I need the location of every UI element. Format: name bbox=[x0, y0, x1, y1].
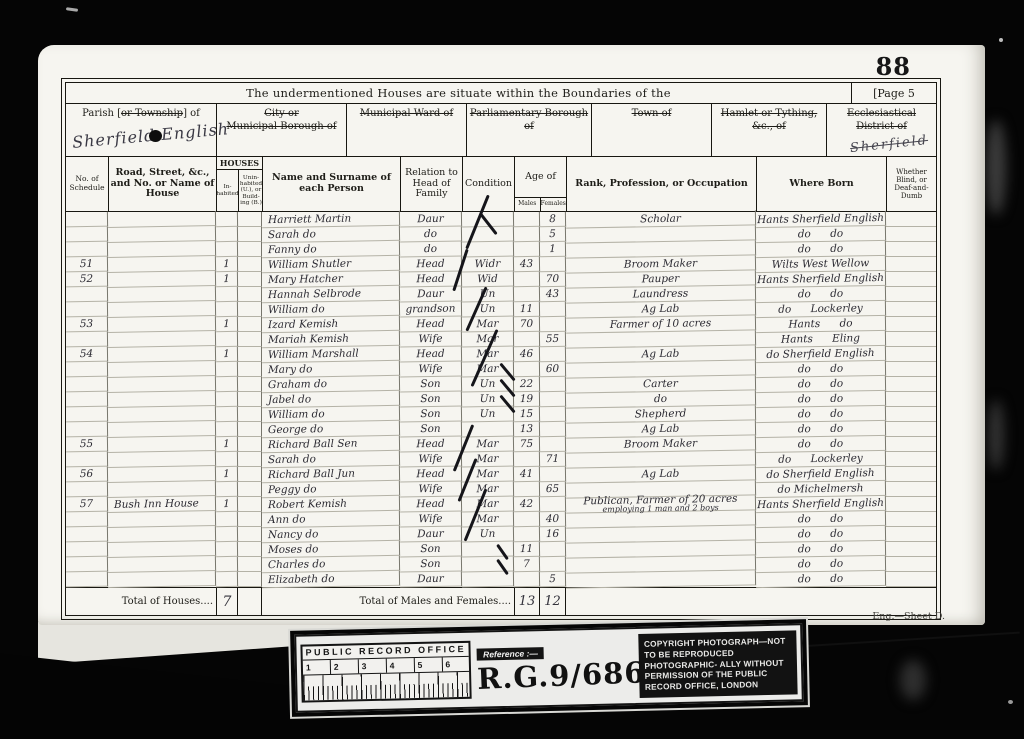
cell-inhabited bbox=[216, 557, 238, 572]
cell-age-female bbox=[540, 542, 566, 557]
cell-relation: Head bbox=[400, 316, 462, 332]
cell-inhabited bbox=[216, 452, 238, 467]
cell-schedule bbox=[66, 212, 108, 228]
totals-row: Total of Houses.... 7 Total of Males and… bbox=[66, 587, 936, 615]
cell-inhabited bbox=[216, 287, 238, 302]
total-females-value: 12 bbox=[540, 588, 566, 615]
sheet-note: Eng.—Sheet D. bbox=[872, 611, 945, 622]
col-header-schedule: No. of Schedule bbox=[66, 157, 108, 211]
cell-relation: Son bbox=[400, 556, 462, 572]
cell-inhabited: 1 bbox=[216, 467, 238, 482]
cell-age-male bbox=[514, 287, 540, 302]
ruler-number: 6 bbox=[442, 657, 469, 672]
cell-relation: Head bbox=[400, 256, 462, 272]
cell-age-male bbox=[514, 482, 540, 497]
cell-relation: Wife bbox=[400, 451, 462, 467]
col-header-age: Age of Males Females bbox=[514, 157, 566, 211]
cell-inhabited bbox=[216, 422, 238, 437]
cell-infirm bbox=[886, 467, 936, 482]
cell-age-male: 43 bbox=[514, 257, 540, 272]
film-smudge bbox=[986, 120, 1006, 215]
film-smudge bbox=[988, 400, 1004, 470]
cell-infirm bbox=[886, 437, 936, 452]
total-mf-label: Total of Males and Females.... bbox=[262, 588, 514, 615]
col-age-label: Age of bbox=[515, 157, 566, 197]
cell-infirm bbox=[886, 557, 936, 572]
cell-relation: do bbox=[400, 226, 462, 242]
ruler-ticks bbox=[303, 672, 470, 701]
cell-age-male bbox=[514, 272, 540, 287]
cell-infirm bbox=[886, 257, 936, 272]
cell-schedule: 52 bbox=[66, 272, 108, 288]
header-field-parish: Parish [or Township] of Sherfield Englis… bbox=[66, 104, 216, 156]
cell-uninhabited bbox=[238, 572, 262, 587]
cell-schedule bbox=[66, 287, 108, 303]
cell-schedule bbox=[66, 377, 108, 393]
col-header-condition: Condition bbox=[462, 157, 514, 211]
cell-inhabited bbox=[216, 362, 238, 377]
totals-gap bbox=[238, 588, 262, 615]
cell-infirm bbox=[886, 512, 936, 527]
cell-infirm bbox=[886, 452, 936, 467]
ruler-number: 2 bbox=[331, 659, 359, 674]
cell-age-male bbox=[514, 242, 540, 257]
cell-uninhabited bbox=[238, 227, 262, 242]
cell-uninhabited bbox=[238, 242, 262, 257]
cell-inhabited bbox=[216, 512, 238, 527]
parish-label-post: ] of bbox=[183, 108, 200, 119]
cell-schedule: 57 bbox=[66, 497, 108, 513]
cell-relation: Wife bbox=[400, 361, 462, 377]
town-label: Town of bbox=[632, 108, 672, 119]
cell-infirm bbox=[886, 332, 936, 347]
cell-uninhabited bbox=[238, 407, 262, 422]
cell-uninhabited bbox=[238, 362, 262, 377]
col-road-label: Road, Street, &c., and No. or Name of Ho… bbox=[109, 168, 216, 201]
cell-condition: Mar bbox=[462, 497, 514, 513]
form-title-row: The undermentioned Houses are situate wi… bbox=[66, 83, 936, 104]
ruler-number: 3 bbox=[359, 659, 387, 674]
cell-schedule bbox=[66, 242, 108, 258]
cell-age-female: 71 bbox=[540, 452, 566, 467]
reference-label: Reference :— bbox=[477, 647, 544, 661]
cell-inhabited bbox=[216, 392, 238, 407]
cell-infirm bbox=[886, 272, 936, 287]
col-schedule-line2: Schedule bbox=[69, 184, 104, 193]
cell-infirm bbox=[886, 377, 936, 392]
cell-age-male bbox=[514, 512, 540, 527]
parish-label-pre: Parish [ bbox=[82, 108, 121, 119]
cell-schedule bbox=[66, 527, 108, 543]
cell-schedule bbox=[66, 227, 108, 243]
cell-relation: Son bbox=[400, 406, 462, 422]
hamlet-label: Hamlet or Tything, &c., of bbox=[721, 108, 817, 132]
header-field-town: Town of bbox=[591, 104, 711, 156]
cell-uninhabited bbox=[238, 257, 262, 272]
cell-age-male: 42 bbox=[514, 497, 540, 512]
cell-relation: Daur bbox=[400, 211, 462, 227]
cell-schedule bbox=[66, 542, 108, 558]
pro-stamp: PUBLIC RECORD OFFICE 123456 Reference :—… bbox=[294, 623, 804, 713]
col-blind-label: Whether Blind, or Deaf-and-Dumb bbox=[887, 168, 936, 200]
cell-name: Elizabeth do bbox=[262, 571, 400, 588]
total-houses-value: 7 bbox=[216, 588, 238, 615]
cell-relation: Son bbox=[400, 376, 462, 392]
col-males-label: Males bbox=[515, 198, 541, 211]
city-label-2: Municipal Borough of bbox=[226, 121, 336, 132]
film-speck bbox=[66, 7, 78, 12]
cell-schedule: 54 bbox=[66, 347, 108, 363]
header-field-parl-borough: Parliamentary Borough of bbox=[466, 104, 591, 156]
cell-inhabited bbox=[216, 242, 238, 257]
ruler-number: 5 bbox=[414, 657, 442, 672]
cell-age-male bbox=[514, 227, 540, 242]
cell-condition: Wid bbox=[462, 272, 514, 288]
cell-uninhabited bbox=[238, 452, 262, 467]
header-field-ward: Municipal Ward of bbox=[346, 104, 466, 156]
col-females-label: Females bbox=[541, 198, 566, 211]
cell-uninhabited bbox=[238, 302, 262, 317]
cell-inhabited bbox=[216, 527, 238, 542]
cell-born: do do bbox=[756, 571, 886, 588]
cell-infirm bbox=[886, 347, 936, 362]
cell-age-male: 41 bbox=[514, 467, 540, 482]
cell-age-male bbox=[514, 362, 540, 377]
cell-age-female: 60 bbox=[540, 362, 566, 377]
cell-inhabited bbox=[216, 227, 238, 242]
ward-label: Municipal Ward of bbox=[360, 108, 453, 119]
cell-inhabited bbox=[216, 377, 238, 392]
cell-schedule bbox=[66, 572, 108, 588]
cell-schedule: 51 bbox=[66, 257, 108, 273]
cell-inhabited bbox=[216, 212, 238, 227]
cell-age-female bbox=[540, 497, 566, 512]
cell-infirm bbox=[886, 287, 936, 302]
cell-infirm bbox=[886, 362, 936, 377]
cell-relation: Daur bbox=[400, 526, 462, 542]
cell-schedule bbox=[66, 452, 108, 468]
cell-age-female: 8 bbox=[540, 212, 566, 227]
cell-condition: Mar bbox=[462, 482, 514, 498]
cell-condition: Un bbox=[462, 302, 514, 318]
cell-relation: Head bbox=[400, 496, 462, 512]
cell-relation: Wife bbox=[400, 331, 462, 347]
cell-age-male: 19 bbox=[514, 392, 540, 407]
cell-infirm bbox=[886, 527, 936, 542]
ecclesiastical-value: Sherfield bbox=[849, 133, 929, 157]
cell-age-female bbox=[540, 302, 566, 317]
col-header-born: Where Born bbox=[756, 157, 886, 211]
ecclesiastical-label: Ecclesiastical District of bbox=[847, 108, 916, 132]
cell-age-female: 1 bbox=[540, 242, 566, 257]
cell-condition: Un bbox=[462, 407, 514, 423]
col-header-name: Name and Surname of each Person bbox=[262, 157, 400, 211]
cell-uninhabited bbox=[238, 527, 262, 542]
cell-infirm bbox=[886, 227, 936, 242]
cell-inhabited: 1 bbox=[216, 257, 238, 272]
cell-relation: Wife bbox=[400, 481, 462, 497]
cell-age-female bbox=[540, 407, 566, 422]
cell-age-male bbox=[514, 572, 540, 587]
cell-age-male: 13 bbox=[514, 422, 540, 437]
parl-borough-label: Parliamentary Borough of bbox=[470, 108, 588, 132]
city-label: City or bbox=[264, 108, 299, 119]
cell-uninhabited bbox=[238, 542, 262, 557]
col-header-houses: HOUSES In-habited Unin-habited (U.), or … bbox=[216, 157, 262, 211]
cell-age-male: 75 bbox=[514, 437, 540, 452]
ink-blot bbox=[149, 130, 162, 142]
cell-infirm bbox=[886, 422, 936, 437]
cell-uninhabited bbox=[238, 332, 262, 347]
cell-age-female bbox=[540, 257, 566, 272]
cell-relation: grandson bbox=[400, 301, 462, 317]
cell-relation: Daur bbox=[400, 571, 462, 587]
cell-schedule bbox=[66, 407, 108, 423]
cell-condition: Widr bbox=[462, 257, 514, 273]
total-houses-label: Total of Houses.... bbox=[66, 588, 216, 615]
header-field-city: City or Municipal Borough of bbox=[216, 104, 346, 156]
houses-subheaders: In-habited Unin-habited (U.), or Build-i… bbox=[217, 170, 262, 211]
document-page: 88 The undermentioned Houses are situate… bbox=[38, 45, 985, 625]
cell-uninhabited bbox=[238, 512, 262, 527]
cell-schedule bbox=[66, 332, 108, 348]
cell-inhabited: 1 bbox=[216, 347, 238, 362]
reference-block: Reference :— R.G.9/686 bbox=[471, 639, 640, 697]
cell-schedule: 53 bbox=[66, 317, 108, 333]
cell-age-female: 65 bbox=[540, 482, 566, 497]
cell-schedule bbox=[66, 482, 108, 498]
cell-inhabited bbox=[216, 332, 238, 347]
parish-label-struck: or Township bbox=[121, 108, 183, 119]
age-subheaders: Males Females bbox=[515, 197, 566, 211]
cell-condition: Mar bbox=[462, 437, 514, 453]
cell-inhabited bbox=[216, 302, 238, 317]
column-headers: No. of Schedule Road, Street, &c., and N… bbox=[66, 157, 936, 212]
cell-schedule: 55 bbox=[66, 437, 108, 453]
pro-ruler: PUBLIC RECORD OFFICE 123456 bbox=[300, 641, 472, 703]
cell-uninhabited bbox=[238, 347, 262, 362]
cell-uninhabited bbox=[238, 482, 262, 497]
cell-uninhabited bbox=[238, 272, 262, 287]
col-born-label: Where Born bbox=[789, 179, 853, 190]
cell-relation: Son bbox=[400, 391, 462, 407]
copyright-notice: COPYRIGHT PHOTOGRAPH—NOT TO BE REPRODUCE… bbox=[639, 630, 798, 697]
cell-inhabited: 1 bbox=[216, 437, 238, 452]
cell-infirm bbox=[886, 242, 936, 257]
cell-uninhabited bbox=[238, 392, 262, 407]
cell-infirm bbox=[886, 317, 936, 332]
cell-age-female bbox=[540, 377, 566, 392]
cell-schedule bbox=[66, 302, 108, 318]
col-header-occupation: Rank, Profession, or Occupation bbox=[566, 157, 756, 211]
header-field-hamlet: Hamlet or Tything, &c., of bbox=[711, 104, 826, 156]
cell-age-male: 46 bbox=[514, 347, 540, 362]
cell-infirm bbox=[886, 542, 936, 557]
cell-inhabited bbox=[216, 572, 238, 587]
col-header-road: Road, Street, &c., and No. or Name of Ho… bbox=[108, 157, 216, 211]
cell-age-female bbox=[540, 437, 566, 452]
cell-age-male bbox=[514, 527, 540, 542]
cell-age-male: 11 bbox=[514, 302, 540, 317]
cell-road bbox=[108, 571, 216, 588]
cell-relation: Head bbox=[400, 346, 462, 362]
film-background: { "page": { "number": "88", "page_ref": … bbox=[0, 0, 1024, 739]
cell-age-female bbox=[540, 467, 566, 482]
cell-schedule: 56 bbox=[66, 467, 108, 483]
form-title: The undermentioned Houses are situate wi… bbox=[66, 86, 851, 100]
film-smudge bbox=[900, 660, 926, 700]
cell-inhabited: 1 bbox=[216, 317, 238, 332]
cell-condition: Mar bbox=[462, 452, 514, 468]
cell-age-male bbox=[514, 332, 540, 347]
cell-schedule bbox=[66, 557, 108, 573]
cell-uninhabited bbox=[238, 377, 262, 392]
cell-infirm bbox=[886, 392, 936, 407]
cell-age-male: 70 bbox=[514, 317, 540, 332]
cell-age-female: 43 bbox=[540, 287, 566, 302]
header-field-ecclesiastical: Ecclesiastical District of Sherfield bbox=[826, 104, 936, 156]
cell-age-female: 5 bbox=[540, 572, 566, 587]
cell-uninhabited bbox=[238, 422, 262, 437]
cell-uninhabited bbox=[238, 212, 262, 227]
ruler-number: 1 bbox=[303, 660, 331, 675]
col-inhabited-label: In-habited bbox=[217, 170, 239, 211]
cell-condition: Un bbox=[462, 287, 514, 303]
cell-age-female bbox=[540, 347, 566, 362]
cell-age-female: 5 bbox=[540, 227, 566, 242]
cell-uninhabited bbox=[238, 317, 262, 332]
cell-age-male: 15 bbox=[514, 407, 540, 422]
cell-infirm bbox=[886, 572, 936, 587]
ruler-number: 4 bbox=[386, 658, 414, 673]
col-relation-label: Relation to Head of Family bbox=[401, 168, 462, 201]
cell-age-female bbox=[540, 392, 566, 407]
page-number: 88 bbox=[876, 52, 911, 81]
cell-age-female: 16 bbox=[540, 527, 566, 542]
col-uninhabited-label: Unin-habited (U.), or Build-ing (B.) bbox=[239, 170, 263, 211]
cell-age-male: 7 bbox=[514, 557, 540, 572]
cell-age-female: 40 bbox=[540, 512, 566, 527]
cell-uninhabited bbox=[238, 467, 262, 482]
cell-infirm bbox=[886, 302, 936, 317]
cell-age-female bbox=[540, 557, 566, 572]
cell-age-male: 22 bbox=[514, 377, 540, 392]
cell-uninhabited bbox=[238, 437, 262, 452]
col-name-label: Name and Surname of each Person bbox=[263, 173, 400, 195]
cell-age-female: 70 bbox=[540, 272, 566, 287]
cell-age-female bbox=[540, 317, 566, 332]
cell-relation: Son bbox=[400, 421, 462, 437]
cell-schedule bbox=[66, 392, 108, 408]
col-occupation-label: Rank, Profession, or Occupation bbox=[575, 179, 748, 190]
col-header-blind: Whether Blind, or Deaf-and-Dumb bbox=[886, 157, 936, 211]
cell-inhabited: 1 bbox=[216, 272, 238, 287]
cell-relation: do bbox=[400, 241, 462, 257]
cell-schedule bbox=[66, 512, 108, 528]
cell-inhabited bbox=[216, 482, 238, 497]
cell-inhabited bbox=[216, 542, 238, 557]
cell-inhabited bbox=[216, 407, 238, 422]
cell-uninhabited bbox=[238, 497, 262, 512]
total-males-value: 13 bbox=[514, 588, 540, 615]
cell-uninhabited bbox=[238, 287, 262, 302]
cell-age-male bbox=[514, 452, 540, 467]
header-fields-row: Parish [or Township] of Sherfield Englis… bbox=[66, 104, 936, 157]
col-condition-label: Condition bbox=[465, 179, 512, 190]
page-ref: [Page 5 bbox=[851, 83, 936, 103]
cell-age-male bbox=[514, 212, 540, 227]
cell-relation: Wife bbox=[400, 511, 462, 527]
cell-relation: Son bbox=[400, 541, 462, 557]
cell-age-female bbox=[540, 422, 566, 437]
houses-title: HOUSES bbox=[217, 157, 262, 170]
cell-schedule bbox=[66, 422, 108, 438]
cell-age-female: 55 bbox=[540, 332, 566, 347]
cell-infirm bbox=[886, 482, 936, 497]
cell-infirm bbox=[886, 407, 936, 422]
cell-relation: Head bbox=[400, 436, 462, 452]
col-header-relation: Relation to Head of Family bbox=[400, 157, 462, 211]
film-speck bbox=[999, 38, 1003, 42]
cell-infirm bbox=[886, 497, 936, 512]
reference-number: R.G.9/686 bbox=[477, 658, 634, 696]
cell-uninhabited bbox=[238, 557, 262, 572]
cell-schedule bbox=[66, 362, 108, 378]
census-form: The undermentioned Houses are situate wi… bbox=[65, 82, 937, 616]
cell-infirm bbox=[886, 212, 936, 227]
cell-occupation bbox=[566, 570, 756, 588]
film-speck bbox=[1008, 700, 1013, 704]
cell-age-male: 11 bbox=[514, 542, 540, 557]
cell-inhabited: 1 bbox=[216, 497, 238, 512]
